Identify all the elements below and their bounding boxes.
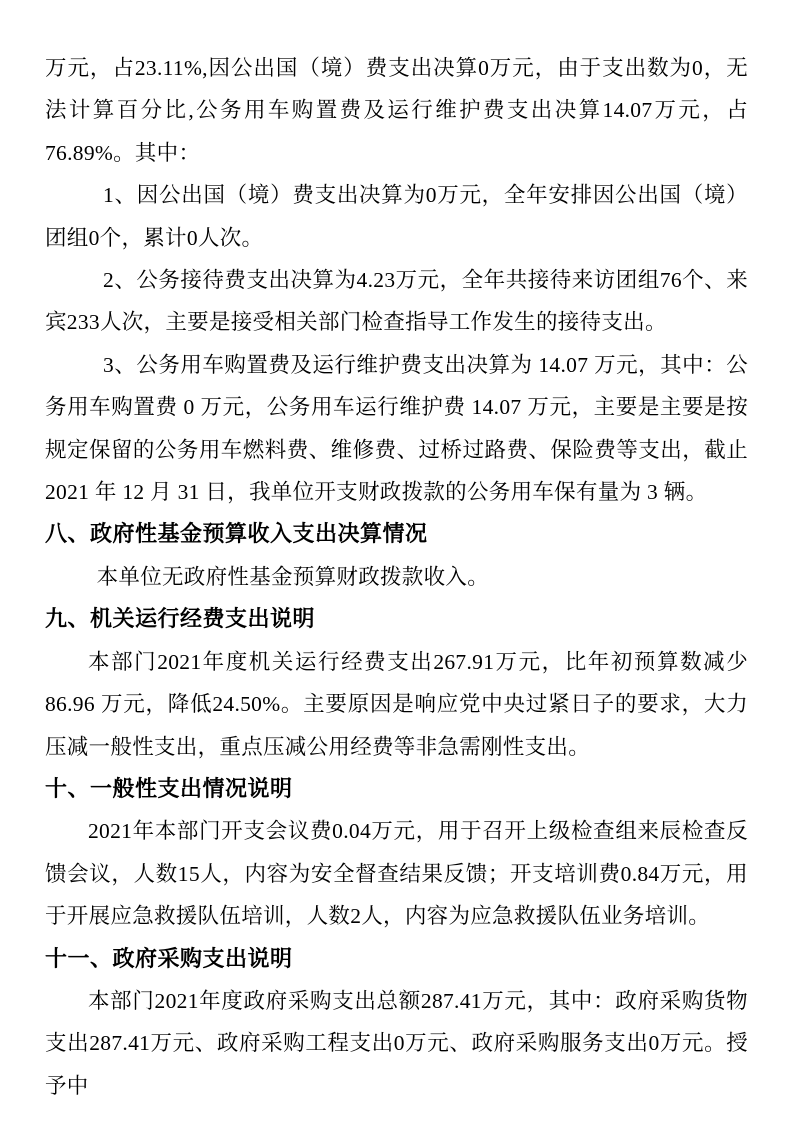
list-item-3-official-vehicle-expense: 3、公务用车购置费及运行维护费支出决算为 14.07 万元，其中：公务用车购置费… [45, 344, 748, 514]
list-item-2-official-reception-expense: 2、公务接待费支出决算为4.23万元，全年共接待来访团组76个、来宾233人次，… [45, 259, 748, 344]
paragraph-gov-fund-budget: 本单位无政府性基金预算财政拨款收入。 [45, 556, 748, 598]
paragraph-gov-procurement: 本部门2021年度政府采购支出总额287.41万元，其中：政府采购货物支出287… [45, 980, 748, 1107]
section-heading-10-general-expenditure: 十、一般性支出情况说明 [45, 768, 748, 810]
paragraph-general-expenditure: 2021年本部门开支会议费0.04万元，用于召开上级检查组来辰检查反馈会议，人数… [45, 810, 748, 937]
paragraph-three-public-funds-summary: 万元，占23.11%,因公出国（境）费支出决算0万元，由于支出数为0，无法计算百… [45, 47, 748, 174]
section-heading-8-gov-fund-budget: 八、政府性基金预算收入支出决算情况 [45, 513, 748, 555]
list-item-1-overseas-travel-expense: 1、因公出国（境）费支出决算为0万元，全年安排因公出国（境）团组0个，累计0人次… [45, 174, 748, 259]
paragraph-operating-expenses: 本部门2021年度机关运行经费支出267.91万元，比年初预算数减少86.96 … [45, 641, 748, 768]
document-body: 万元，占23.11%,因公出国（境）费支出决算0万元，由于支出数为0，无法计算百… [45, 47, 748, 1107]
document-page: 万元，占23.11%,因公出国（境）费支出决算0万元，由于支出数为0，无法计算百… [0, 0, 793, 1122]
section-heading-11-gov-procurement: 十一、政府采购支出说明 [45, 938, 748, 980]
section-heading-9-operating-expenses: 九、机关运行经费支出说明 [45, 598, 748, 640]
